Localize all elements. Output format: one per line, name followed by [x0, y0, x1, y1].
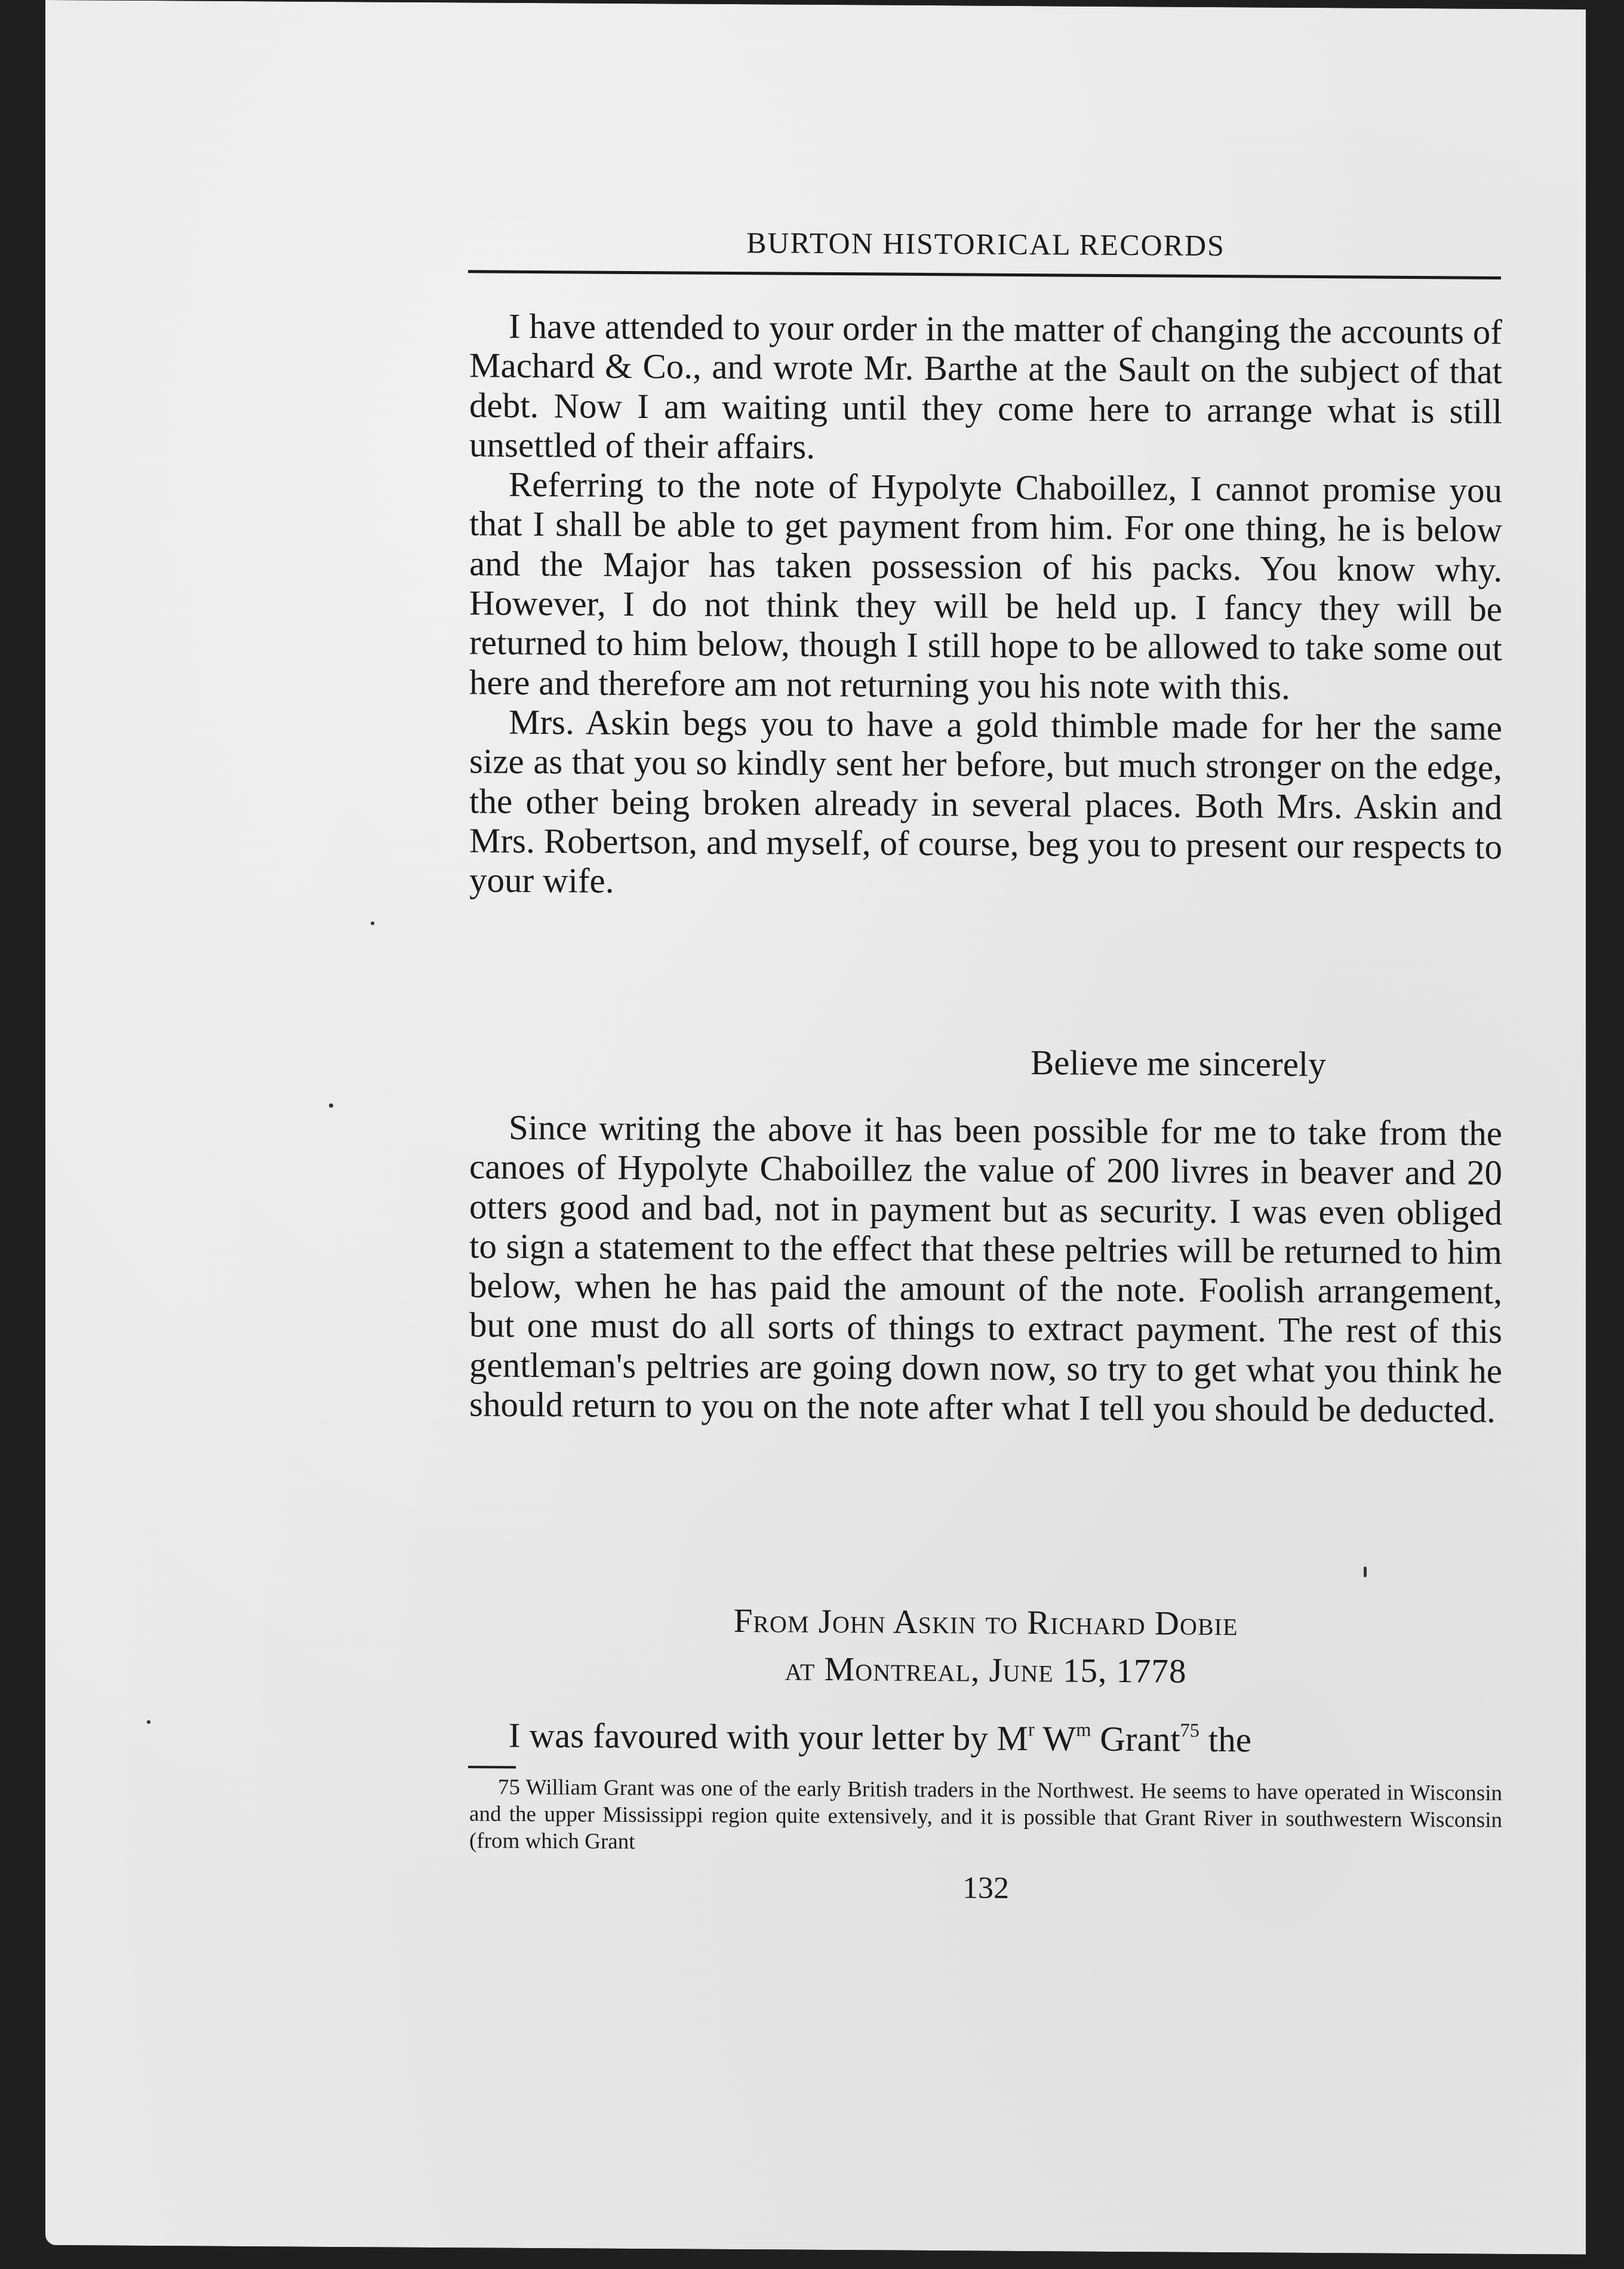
- footnote-text: William Grant was one of the early Briti…: [469, 1775, 1502, 1854]
- scan-speck: [1364, 1566, 1367, 1577]
- letter-body: I have attended to your order in the mat…: [469, 306, 1502, 906]
- opening-text: Grant: [1091, 1719, 1180, 1759]
- page-number: 132: [469, 1867, 1502, 1909]
- opening-text: I was favoured with your letter by M: [509, 1715, 1028, 1758]
- header-rule: [468, 270, 1501, 279]
- paragraph: Mrs. Askin begs you to have a gold thimb…: [469, 702, 1502, 906]
- letter-heading-line: at Montreal, June 15, 1778: [469, 1643, 1502, 1698]
- running-head: BURTON HISTORICAL RECORDS: [469, 223, 1502, 265]
- superscript: m: [1076, 1719, 1091, 1741]
- scan-speck: [371, 921, 374, 925]
- paragraph: I have attended to your order in the mat…: [469, 306, 1502, 471]
- letter-heading-line: From John Askin to Richard Dobie: [469, 1595, 1502, 1650]
- scan-speck: [147, 1720, 150, 1724]
- closing-salutation: Believe me sincerely: [1031, 1043, 1326, 1084]
- superscript: r: [1028, 1719, 1035, 1741]
- scanned-page: BURTON HISTORICAL RECORDS I have attende…: [45, 0, 1586, 2255]
- footnote-rule: [468, 1766, 516, 1768]
- scan-speck: [329, 1103, 333, 1108]
- letter-opening-line: I was favoured with your letter by Mr Wm…: [469, 1715, 1502, 1761]
- footnote-number: 75: [498, 1775, 520, 1800]
- paragraph: Since writing the above it has been poss…: [469, 1107, 1502, 1430]
- footnote-reference[interactable]: 75: [1180, 1720, 1199, 1741]
- postscript: Since writing the above it has been poss…: [469, 1107, 1502, 1430]
- paragraph: Referring to the note of Hypolyte Chaboi…: [469, 465, 1502, 708]
- letter-heading: From John Askin to Richard Dobie at Mont…: [469, 1595, 1502, 1698]
- opening-text: W: [1035, 1718, 1076, 1758]
- opening-text: the: [1199, 1720, 1251, 1760]
- footnote: 75 William Grant was one of the early Br…: [469, 1773, 1502, 1861]
